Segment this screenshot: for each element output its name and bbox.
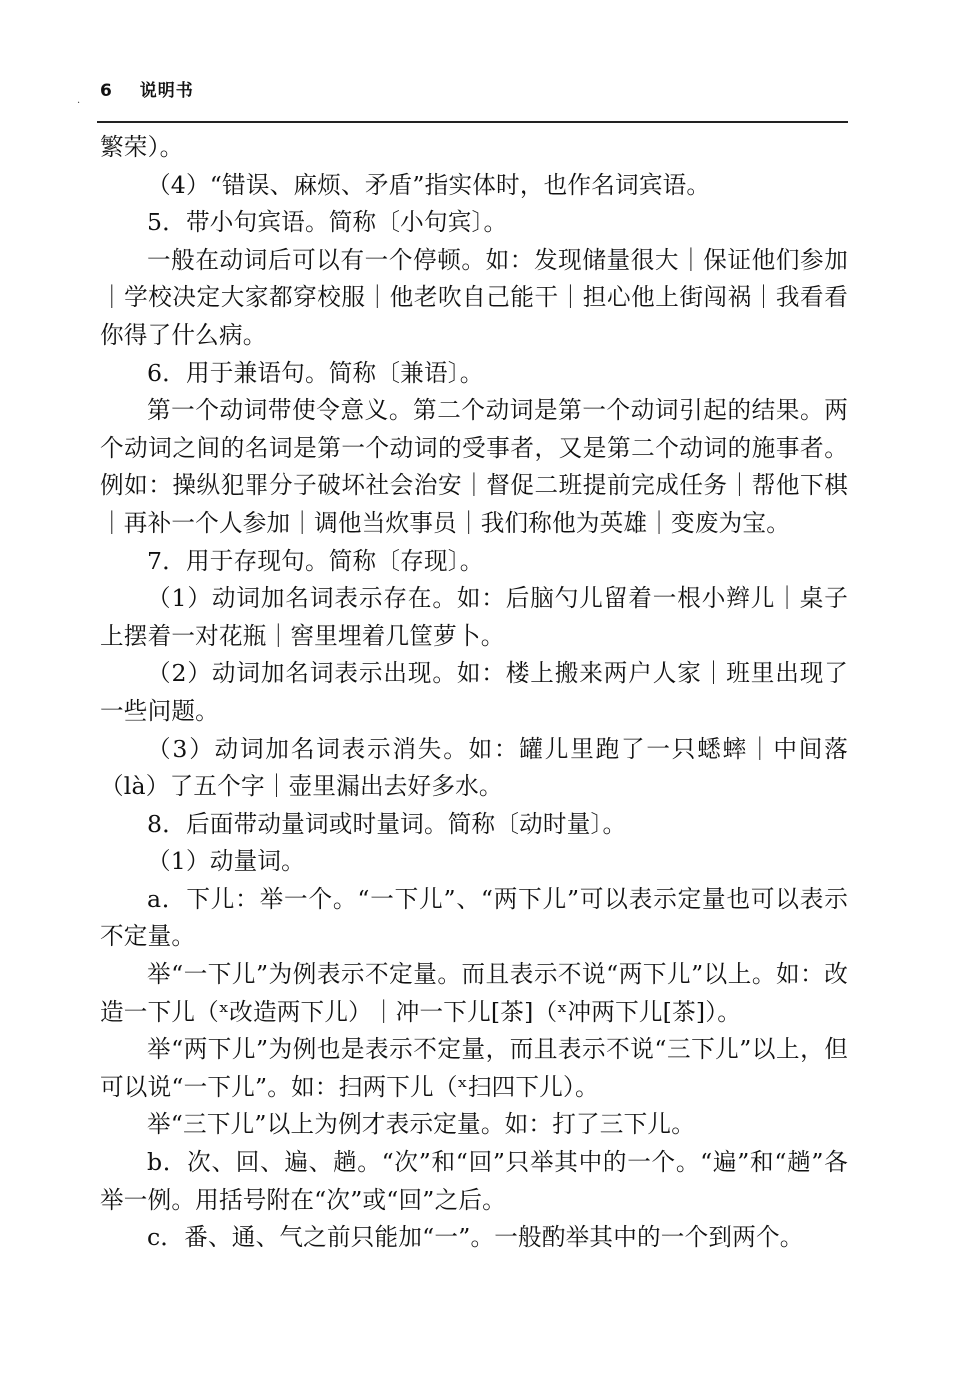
section-7-heading: 7．用于存现句。简称〔存现〕。 [100, 543, 848, 581]
paragraph-continuation: 繁荣）。 [100, 129, 848, 167]
paragraph-appearance: （2）动词加名词表示出现。如：楼上搬来两户人家｜班里出现了一些问题。 [100, 655, 848, 730]
paragraph-item-4: （4）“错误、麻烦、矛盾”指实体时，也作名词宾语。 [100, 167, 848, 205]
paragraph-pivot-examples: 第一个动词带使令意义。第二个动词是第一个动词引起的结果。两个动词之间的名词是第一… [100, 392, 848, 542]
section-5-heading: 5．带小句宾语。简称〔小句宾〕。 [100, 204, 848, 242]
header-title: 说明书 [140, 81, 194, 101]
document-body: 繁荣）。 （4）“错误、麻烦、矛盾”指实体时，也作名词宾语。 5．带小句宾语。简… [100, 129, 848, 1257]
paragraph-clause-object-examples: 一般在动词后可以有一个停顿。如：发现储量很大｜保证他们参加｜学校决定大家都穿校服… [100, 242, 848, 355]
scan-speck: · [77, 98, 80, 109]
item-c: c．番、通、气之前只能加“一”。一般酌举其中的一个到两个。 [100, 1219, 848, 1257]
running-header: 6 说明书 [100, 76, 194, 101]
paragraph-existence: （1）动词加名词表示存在。如：后脑勺儿留着一根小辫儿｜桌子上摆着一对花瓶｜窖里埋… [100, 580, 848, 655]
header-rule [97, 121, 848, 123]
section-8-heading: 8．后面带动量词或时量词。简称〔动时量〕。 [100, 806, 848, 844]
item-a: a．下儿：举一个。“一下儿”、“两下儿”可以表示定量也可以表示不定量。 [100, 881, 848, 956]
subsection-verbal-measure: （1）动量词。 [100, 843, 848, 881]
section-6-heading: 6．用于兼语句。简称〔兼语〕。 [100, 355, 848, 393]
paragraph-liangxiar: 举“两下儿”为例也是表示不定量，而且表示不说“三下儿”以上，但可以说“一下儿”。… [100, 1031, 848, 1106]
paragraph-sanxiar: 举“三下儿”以上为例才表示定量。如：打了三下儿。 [100, 1106, 848, 1144]
paragraph-disappearance: （3）动词加名词表示消失。如：罐儿里跑了一只蟋蟀｜中间落（là）了五个字｜壶里漏… [100, 731, 848, 806]
item-b: b．次、回、遍、趟。“次”和“回”只举其中的一个。“遍”和“趟”各举一例。用括号… [100, 1144, 848, 1219]
page-number: 6 [100, 81, 113, 101]
paragraph-yixiar: 举“一下儿”为例表示不定量。而且表示不说“两下儿”以上。如：改造一下儿（ˣ改造两… [100, 956, 848, 1031]
